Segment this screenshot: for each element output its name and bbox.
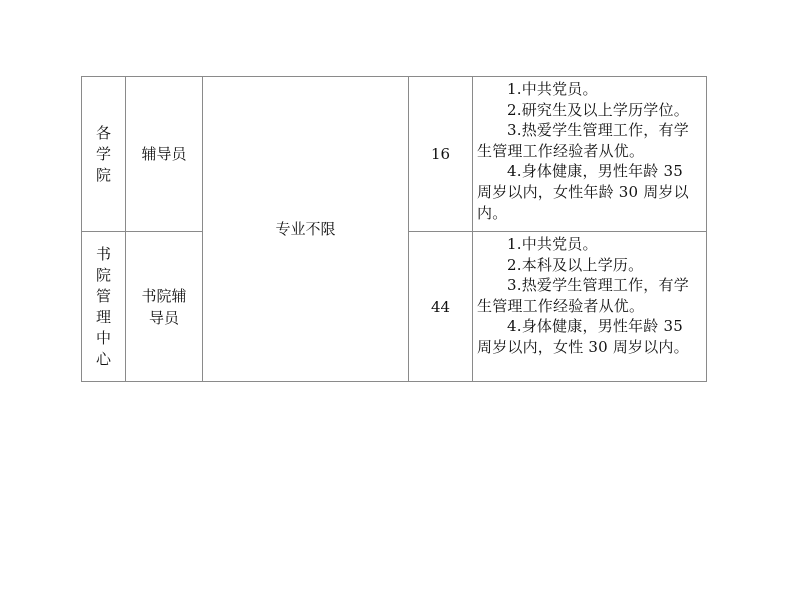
position-name: 辅导员	[141, 145, 186, 163]
count-cell: 16	[409, 77, 473, 232]
requirement-item: 4.身体健康，男性年龄 35 周岁以内，女性年龄 30 周岁以内。	[477, 161, 700, 223]
requirements-cell: 1.中共党员。 2.本科及以上学历。 3.热爱学生管理工作，有学生管理工作经验者…	[473, 232, 707, 382]
major-cell: 专业不限	[203, 77, 409, 382]
requirement-item: 1.中共党员。	[477, 79, 700, 100]
unit-cell: 各学院	[82, 77, 126, 232]
major-requirement: 专业不限	[275, 220, 335, 238]
table-row: 各学院 辅导员 专业不限 16 1.中共党员。 2.研究生及以上学历学位。 3.…	[82, 77, 707, 232]
document-page: 各学院 辅导员 专业不限 16 1.中共党员。 2.研究生及以上学历学位。 3.…	[0, 0, 800, 613]
recruitment-table: 各学院 辅导员 专业不限 16 1.中共党员。 2.研究生及以上学历学位。 3.…	[81, 76, 707, 382]
headcount: 16	[431, 145, 450, 163]
requirement-item: 2.本科及以上学历。	[477, 255, 700, 276]
position-name: 书院辅导员	[139, 285, 189, 329]
unit-name: 书院管理中心	[95, 244, 113, 370]
unit-name: 各学院	[95, 123, 113, 186]
requirement-item: 4.身体健康，男性年龄 35 周岁以内，女性 30 周岁以内。	[477, 316, 700, 357]
requirement-item: 2.研究生及以上学历学位。	[477, 100, 700, 121]
requirement-item: 3.热爱学生管理工作，有学生管理工作经验者从优。	[477, 275, 700, 316]
unit-cell: 书院管理中心	[82, 232, 126, 382]
requirement-item: 3.热爱学生管理工作，有学生管理工作经验者从优。	[477, 120, 700, 161]
position-cell: 辅导员	[126, 77, 203, 232]
position-cell: 书院辅导员	[126, 232, 203, 382]
count-cell: 44	[409, 232, 473, 382]
headcount: 44	[431, 298, 450, 316]
requirements-cell: 1.中共党员。 2.研究生及以上学历学位。 3.热爱学生管理工作，有学生管理工作…	[473, 77, 707, 232]
requirement-item: 1.中共党员。	[477, 234, 700, 255]
